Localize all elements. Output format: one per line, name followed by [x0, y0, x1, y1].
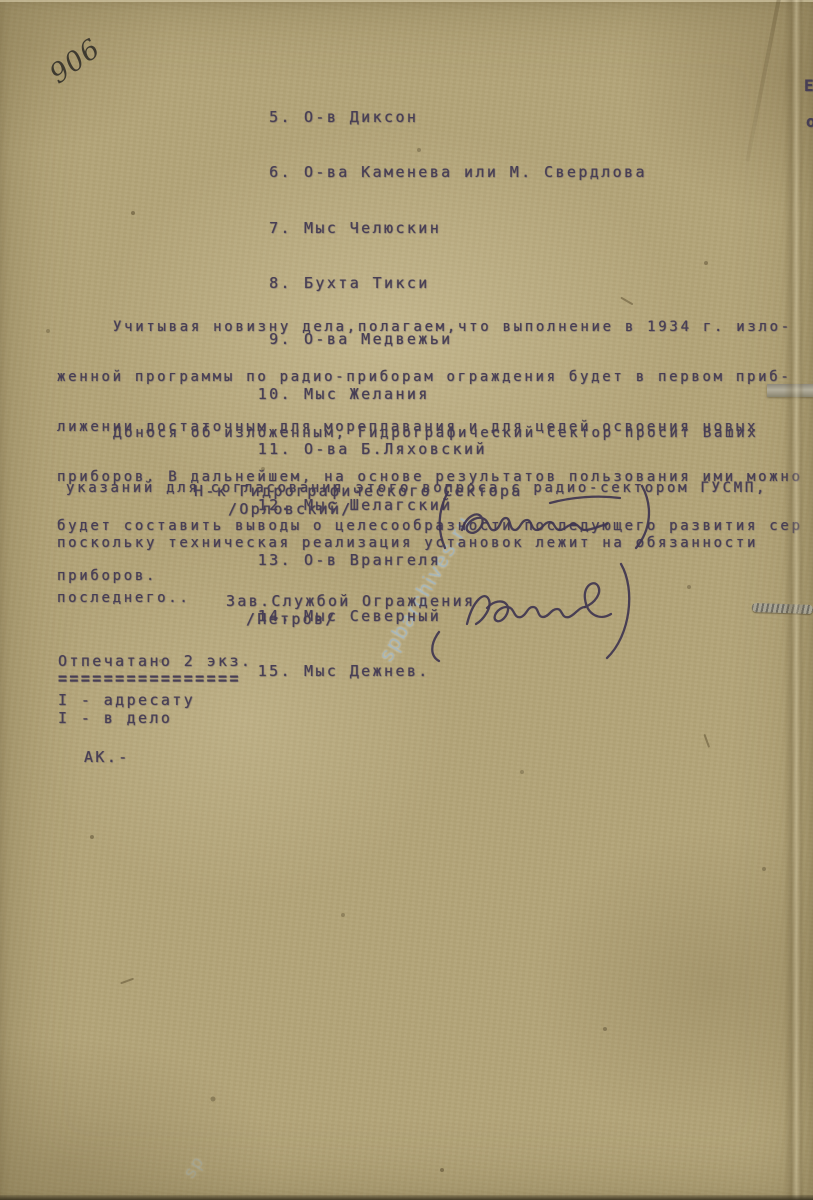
list-item-number: 6. [250, 163, 292, 182]
list-item: 5.О-в Диксон [250, 108, 647, 127]
scanned-document-page: 906 spbarchives.ru sp 5.О-в Диксон 6.О-в… [0, 0, 813, 1200]
paper-specks [0, 0, 2, 2]
paragraph-line: Донося об изложенным, Гидрографический С… [57, 424, 813, 442]
list-item-text: Мыс Дежнев. [304, 662, 430, 681]
list-item-text: О-ва Каменева или М. Свердлова [304, 163, 647, 182]
signature-2-typed-name: /Петров/ [246, 610, 337, 628]
signature-1-typed-name: /Орловский/ [228, 500, 353, 518]
list-item-number: 15. [250, 662, 292, 681]
list-item-text: Мыс Челюскин [304, 219, 441, 238]
paper-bottom-edge [0, 1195, 813, 1200]
typist-initials: АК.- [84, 748, 130, 766]
fold-crease [784, 0, 804, 1200]
separator-line: ================ [58, 668, 241, 689]
paper-fiber [120, 978, 134, 984]
corner-crease [745, 0, 782, 162]
handwritten-page-number: 906 [44, 33, 106, 90]
list-item: 7.Мыс Челюскин [250, 219, 647, 238]
petrov-handwritten-signature [423, 556, 653, 668]
orlovsky-handwritten-signature [432, 478, 667, 558]
paper-top-edge [0, 0, 813, 2]
paper-fiber [704, 734, 710, 748]
clipped-letter: Е [804, 76, 813, 95]
clipped-letter: о [806, 112, 813, 131]
list-item: 6.О-ва Каменева или М. Свердлова [250, 163, 647, 182]
paragraph-line: женной программы по радио-приборам ограж… [57, 369, 813, 386]
copy-line-2: I - в дело [58, 709, 172, 727]
list-item-text: О-в Диксон [304, 108, 418, 127]
list-item-number: 5. [250, 108, 292, 127]
archive-watermark-partial: sp [179, 1151, 209, 1182]
list-item-number: 7. [250, 219, 292, 238]
paragraph-line: Учитывая новизну дела,полагаем,что выпол… [57, 319, 813, 336]
copy-line-1: I - адресату [58, 691, 195, 709]
